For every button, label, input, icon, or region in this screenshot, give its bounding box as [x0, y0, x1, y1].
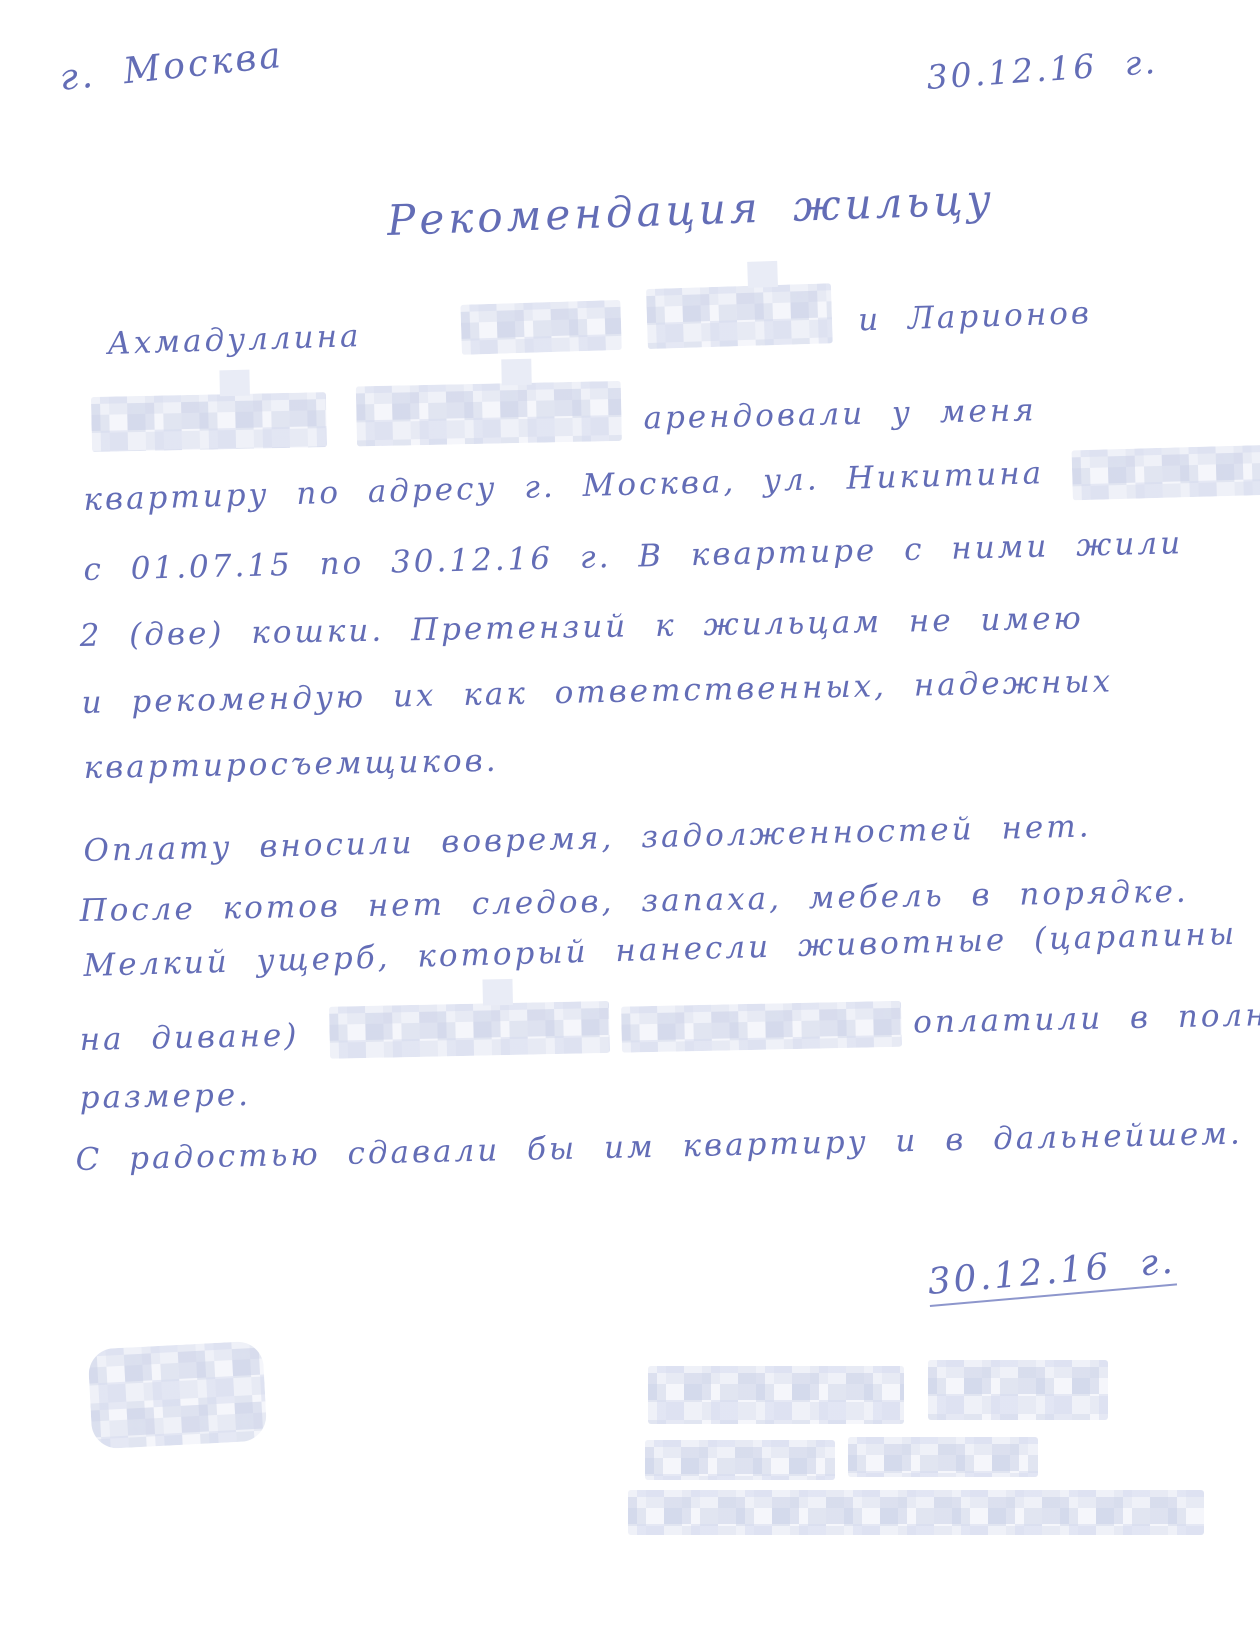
- redacted-landlord-detail: [848, 1437, 1038, 1477]
- document-title: Рекомендация жильцу: [386, 175, 995, 245]
- body-text: оплатили в полном: [913, 996, 1260, 1040]
- body-text: 2 (две) кошки. Претензий к жильцам не им…: [79, 600, 1084, 654]
- redacted-tenant-name: [329, 1001, 610, 1059]
- body-text: Мелкий ущерб, который нанесли животные (…: [83, 916, 1238, 984]
- body-line: Мелкий ущерб, который нанесли животные (…: [83, 916, 1238, 984]
- body-line: на диване) оплатили в полном: [79, 986, 1260, 1058]
- document-page: г. Москва 30.12.16 г. Рекомендация жильц…: [0, 0, 1260, 1639]
- body-text: и рекомендую их как ответственных, надеж…: [81, 663, 1113, 721]
- body-text: Оплату вносили вовремя, задолженностей н…: [83, 808, 1092, 869]
- redacted-landlord-first-name: [928, 1360, 1108, 1420]
- body-line: После котов нет следов, запаха, мебель в…: [79, 874, 1189, 929]
- redacted-house-number: [1071, 444, 1260, 500]
- redacted-patronymic: [646, 283, 833, 349]
- body-line: с 01.07.15 по 30.12.16 г. В квартире с н…: [83, 525, 1183, 588]
- date-top: 30.12.16 г.: [925, 42, 1159, 97]
- redacted-first-name: [461, 300, 622, 355]
- body-text: квартиросъемщиков.: [83, 743, 498, 786]
- date-bottom: 30.12.16 г.: [926, 1241, 1177, 1307]
- redacted-tenant-name: [621, 1001, 902, 1053]
- redacted-landlord-surname: [648, 1366, 904, 1424]
- body-text: После котов нет следов, запаха, мебель в…: [79, 874, 1189, 929]
- body-line: квартиру по адресу г. Москва, ул. Никити…: [83, 444, 1260, 518]
- city-line: г. Москва: [58, 35, 286, 99]
- body-line: С радостью сдавали бы им квартиру и в да…: [75, 1116, 1243, 1178]
- redacted-patronymic: [356, 381, 622, 447]
- body-line: размере.: [79, 1077, 251, 1116]
- body-text: С радостью сдавали бы им квартиру и в да…: [75, 1116, 1243, 1178]
- body-text: арендовали у меня: [643, 392, 1037, 436]
- redacted-name: [91, 392, 327, 452]
- body-line: Оплату вносили вовремя, задолженностей н…: [83, 808, 1092, 869]
- redacted-landlord-detail: [645, 1440, 835, 1480]
- body-line: и рекомендую их как ответственных, надеж…: [81, 663, 1113, 721]
- body-text: Ахмадуллина: [107, 318, 362, 362]
- body-text: квартиру по адресу г. Москва, ул. Никити…: [83, 455, 1045, 518]
- body-text: и Ларионов: [858, 295, 1093, 338]
- body-line: Ахмадуллина и Ларионов: [106, 275, 1092, 362]
- body-line: 2 (две) кошки. Претензий к жильцам не им…: [79, 600, 1084, 654]
- redacted-contact-line: [628, 1490, 1204, 1535]
- body-text: на диване): [79, 1017, 299, 1058]
- body-line: квартиросъемщиков.: [83, 743, 498, 786]
- body-text: с 01.07.15 по 30.12.16 г. В квартире с н…: [83, 525, 1183, 588]
- body-line: арендовали у меня: [91, 372, 1037, 448]
- body-text: размере.: [79, 1077, 251, 1116]
- redacted-signature: [88, 1340, 268, 1449]
